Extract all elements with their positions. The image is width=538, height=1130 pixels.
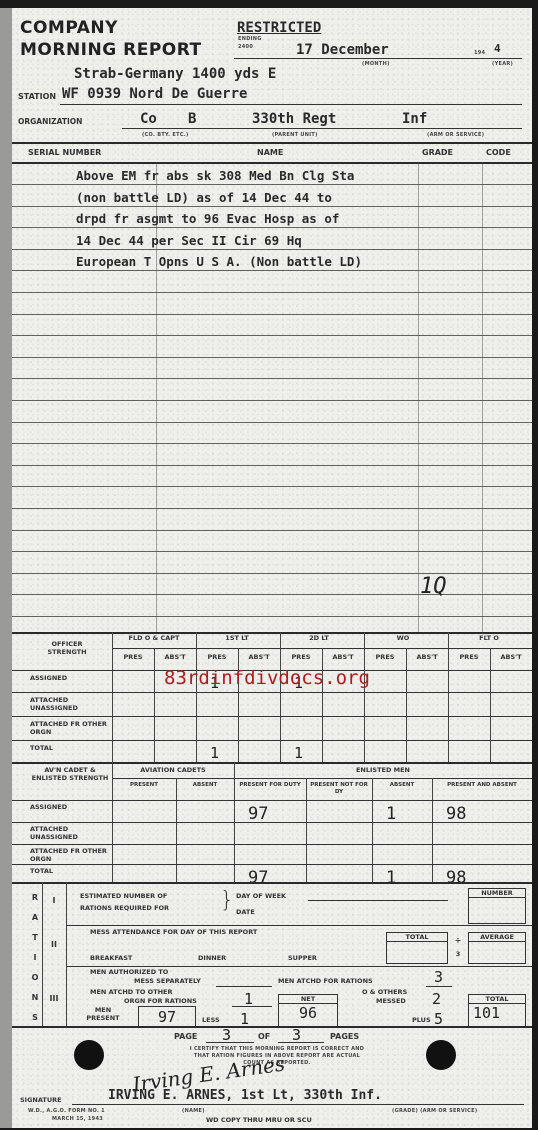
group-enlisted-men: ENLISTED MEN [234, 766, 532, 774]
atchd-other-2: ORGN FOR RATIONS [124, 997, 197, 1005]
officer-subheader: ABS'T [490, 653, 532, 661]
dinner-label: DINNER [198, 954, 226, 962]
roster-entry: Above EM fr abs sk 308 Med Bn Clg Sta (n… [76, 165, 362, 273]
col-code: CODE [486, 148, 511, 157]
officer-row-label: ATTACHED UNASSIGNED [30, 696, 110, 712]
enlisted-subheader: PRESENT AND ABSENT [432, 782, 532, 789]
morning-report-form: COMPANY MORNING REPORT RESTRICTED ENDING… [0, 8, 532, 1128]
group-1st-lt: 1ST LT [196, 634, 278, 642]
atchd-other-1: MEN ATCHD TO OTHER [90, 988, 173, 996]
distribution-note: WD COPY THRU MRU OR SCU [206, 1116, 312, 1124]
punch-hole-left [74, 1040, 104, 1070]
pages-label: PAGES [330, 1032, 359, 1041]
entry-line: 14 Dec 44 per Sec II Cir 69 Hq [76, 230, 362, 252]
enlisted-cell[interactable]: 98 [446, 868, 466, 888]
officer-subheader: PRES [364, 653, 406, 661]
station-value: WF 0939 Nord De Guerre [62, 86, 247, 102]
mess-attendance-title: MESS ATTENDANCE FOR DAY OF THIS REPORT [90, 928, 257, 936]
col-grade: GRADE [422, 148, 453, 157]
classification-stamp: RESTRICTED [237, 20, 321, 36]
group-aviation-cadets: AVIATION CADETS [112, 766, 234, 774]
enlisted-subheader: PRESENT NOT FOR DY [306, 782, 372, 796]
enlisted-cell[interactable]: 1 [386, 868, 396, 888]
divisor: 3 [452, 950, 464, 958]
caption-name: (NAME) [182, 1108, 205, 1114]
o-others-1: O & OTHERS [362, 988, 407, 996]
supper-label: SUPPER [288, 954, 317, 962]
col-name: NAME [257, 148, 283, 157]
station-label: STATION [18, 92, 56, 101]
o-others-2: MESSED [376, 997, 406, 1005]
mess-total-box[interactable]: TOTAL [386, 932, 448, 964]
net-box[interactable]: NET 96 [278, 994, 338, 1027]
enlisted-strength-title: AV'N CADET & ENLISTED STRENGTH [30, 766, 110, 782]
officer-row-label: ASSIGNED [30, 674, 110, 682]
men-present-box[interactable]: 97 [138, 1006, 196, 1027]
number-label: NUMBER [469, 889, 525, 898]
officer-strength-title: OFFICER STRENGTH [32, 640, 102, 656]
group-wo: WO [360, 634, 446, 642]
section-i-label-1: ESTIMATED NUMBER OF [80, 892, 167, 900]
plus-label: PLUS [412, 1016, 431, 1024]
number-box[interactable]: NUMBER [468, 888, 526, 924]
org-caption-parent: (PARENT UNIT) [272, 132, 318, 138]
enlisted-row-label: TOTAL [30, 867, 110, 875]
officer-subheader: ABS'T [406, 653, 448, 661]
mess-total-label: TOTAL [387, 933, 447, 942]
caption-grade: (GRADE) (ARM OR SERVICE) [392, 1108, 477, 1114]
officer-subheader: ABS'T [238, 653, 280, 661]
breakfast-label: BREAKFAST [90, 954, 132, 962]
ending-time: 2400 [238, 44, 253, 50]
officer-subheader: PRES [112, 653, 154, 661]
men-present-label-1: MEN [72, 1006, 134, 1014]
officer-subheader: PRES [280, 653, 322, 661]
rations-total-box[interactable]: TOTAL 101 [468, 994, 526, 1027]
form-title-line2: MORNING REPORT [20, 40, 202, 60]
entry-line: (non battle LD) as of 14 Dec 44 to [76, 187, 362, 209]
officer-cell[interactable]: 1 [294, 744, 303, 762]
net-value: 96 [279, 1004, 337, 1022]
group-fld-o-capt: FLD O & CAPT [112, 634, 196, 642]
section-i-numeral: I [42, 896, 66, 905]
officer-row-label: ATTACHED FR OTHER ORGN [30, 720, 110, 736]
officer-row-label: TOTAL [30, 744, 110, 752]
officer-cell[interactable]: 1 [210, 744, 219, 762]
o-others-value: 2 [432, 990, 441, 1008]
average-label: AVERAGE [469, 933, 525, 942]
net-label: NET [279, 995, 337, 1004]
enlisted-row-label: ASSIGNED [30, 803, 110, 811]
org-unit: 330th Regt [252, 111, 336, 127]
of-label: OF [258, 1032, 270, 1041]
auth-separately-2: MESS SEPARATELY [134, 977, 201, 985]
enlisted-cell[interactable]: 98 [446, 804, 466, 824]
signer-name: IRVING E. ARNES, 1st Lt, 330th Inf. [108, 1088, 382, 1103]
year-prefix: 194 [474, 50, 485, 56]
date-label: DATE [236, 908, 255, 916]
auth-separately-1: MEN AUTHORIZED TO [90, 968, 168, 976]
officer-subheader: PRES [196, 653, 238, 661]
org-caption-arm: (ARM OR SERVICE) [427, 132, 484, 138]
enlisted-subheader: PRESENT FOR DUTY [234, 782, 306, 789]
report-date: 17 December [296, 42, 389, 58]
enlisted-cell[interactable]: 1 [386, 804, 396, 824]
watermark: 83rdinfdivdocs.org [164, 667, 370, 689]
location-line: Strab-Germany 1400 yds E [74, 66, 276, 82]
enlisted-subheader: ABSENT [176, 782, 234, 789]
rations-side-label: RATIONS [28, 888, 42, 1028]
page-label: PAGE [174, 1032, 197, 1041]
rations-total-label: TOTAL [469, 995, 525, 1004]
group-flt-o: FLT O [446, 634, 532, 642]
month-caption: (MONTH) [362, 61, 390, 67]
col-serial-number: SERIAL NUMBER [28, 148, 101, 157]
brace: } [220, 888, 234, 913]
men-present-value: 97 [139, 1008, 195, 1026]
section-i-label-2: RATIONS REQUIRED FOR [80, 904, 169, 912]
section-iii-numeral: III [42, 994, 66, 1003]
atchd-for-rations-value: 3 [434, 968, 443, 986]
enlisted-subheader: ABSENT [372, 782, 432, 789]
enlisted-cell[interactable]: 97 [248, 804, 268, 824]
signature-label: SIGNATURE [20, 1096, 62, 1104]
day-of-week-label: DAY OF WEEK [236, 892, 286, 900]
form-number-1: W.D., A.G.O. FORM NO. 1 [28, 1108, 105, 1114]
enlisted-cell[interactable]: 97 [248, 868, 268, 888]
men-present-label-2: PRESENT [72, 1014, 134, 1022]
org-letter: B [188, 111, 196, 127]
enlisted-row-label: ATTACHED UNASSIGNED [30, 825, 110, 841]
less-label: LESS [202, 1016, 220, 1024]
year-caption: (YEAR) [492, 61, 513, 67]
rations-total-value: 101 [469, 1004, 525, 1022]
org-company: Co [140, 111, 157, 127]
atchd-for-rations-label: MEN ATCHD FOR RATIONS [278, 977, 373, 985]
enlisted-row-label: ATTACHED FR OTHER ORGN [30, 847, 110, 863]
average-box[interactable]: AVERAGE [468, 932, 526, 964]
group-2d-lt: 2D LT [278, 634, 360, 642]
section-ii-numeral: II [42, 940, 66, 949]
enlisted-subheader: PRESENT [112, 782, 176, 789]
org-caption-company: (CO. BTY. ETC.) [142, 132, 189, 138]
officer-subheader: PRES [448, 653, 490, 661]
org-arm: Inf [402, 111, 427, 127]
divide-symbol: ÷ [452, 936, 464, 945]
form-title-line1: COMPANY [20, 18, 118, 38]
officer-subheader: ABS'T [322, 653, 364, 661]
initials-mark: 1Q [420, 574, 447, 599]
year-digit: 4 [494, 42, 501, 55]
form-number-2: MARCH 15, 1943 [52, 1116, 103, 1122]
officer-subheader: ABS'T [154, 653, 196, 661]
punch-hole-right [426, 1040, 456, 1070]
organization-label: ORGANIZATION [18, 117, 82, 126]
ending-label: ENDING [238, 36, 262, 42]
